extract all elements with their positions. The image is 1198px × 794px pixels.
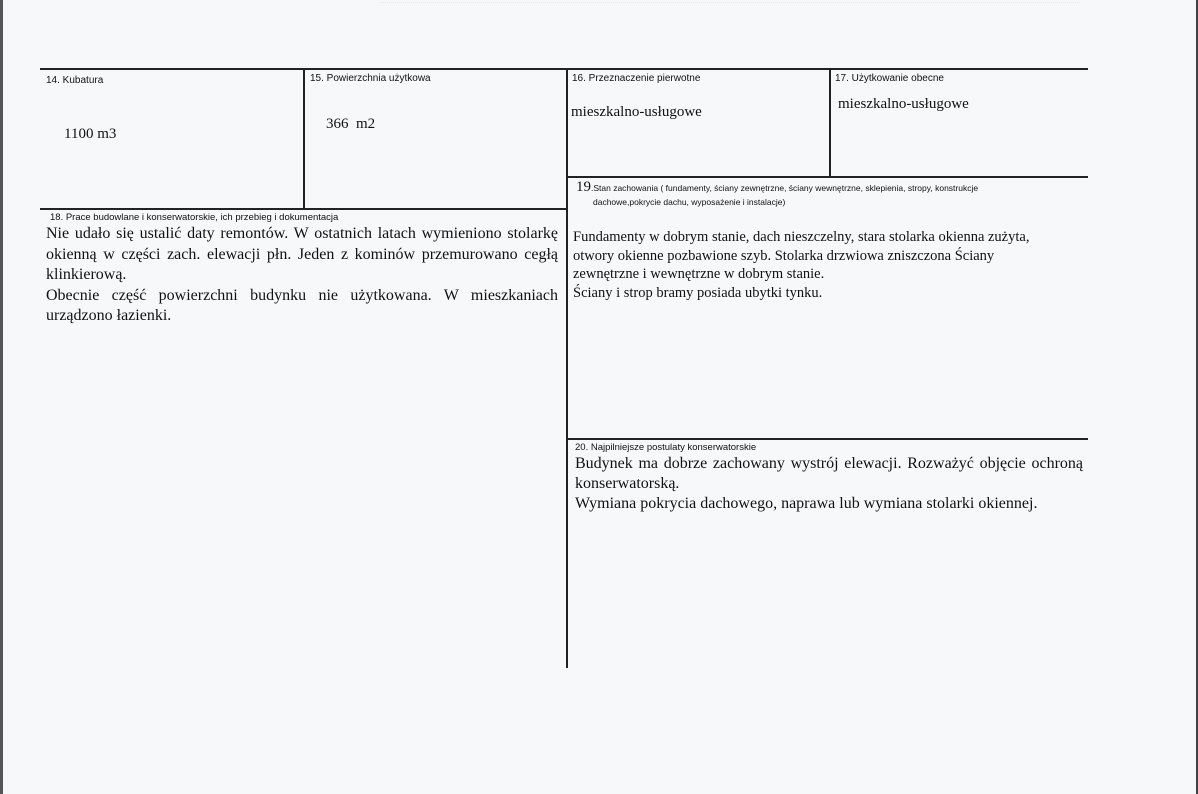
postulaty-text: Budynek ma dobrze zachowany wystrój elew… <box>575 454 1083 514</box>
table-top-border <box>40 68 1088 70</box>
border-above-20 <box>566 438 1088 440</box>
kubatura-label: 14. Kubatura <box>46 75 103 86</box>
stan-zachowania-text: Fundamenty w dobrym stanie, dach nieszcz… <box>573 228 1083 302</box>
stan-zachowania-label: 19.Stan zachowania ( fundamenty, ściany … <box>576 180 1076 209</box>
uzytkowanie-label: 17. Użytkowanie obecne <box>835 73 944 84</box>
border-above-18 <box>40 208 568 210</box>
divider-15-16 <box>566 68 568 668</box>
uzytkowanie-value: mieszkalno-usługowe <box>838 96 969 113</box>
postulaty-paragraph-1: Budynek ma dobrze zachowany wystrój elew… <box>575 454 1083 494</box>
stan-line-2: otwory okienne pozbawione szyb. Stolarka… <box>573 247 1083 266</box>
prace-budowlane-text: Nie udało się ustalić daty remontów. W o… <box>46 224 558 327</box>
scan-edge-left <box>0 0 3 794</box>
stan-line-4: Ściany i strop bramy posiada ubytki tynk… <box>573 284 1083 303</box>
prace-paragraph-1: Nie udało się ustalić daty remontów. W o… <box>46 224 558 286</box>
bleed-through-text <box>380 2 1080 53</box>
postulaty-paragraph-2: Wymiana pokrycia dachowego, naprawa lub … <box>575 494 1083 514</box>
kubatura-value: 1100 m3 <box>64 126 116 143</box>
prace-paragraph-2: Obecnie część powierzchni budynku nie uż… <box>46 286 558 327</box>
divider-16-17 <box>829 68 831 177</box>
border-above-19 <box>566 176 1088 178</box>
divider-14-15 <box>303 68 305 209</box>
postulaty-label: 20. Najpilniejsze postulaty konserwators… <box>575 442 756 453</box>
przeznaczenie-value: mieszkalno-usługowe <box>571 104 702 121</box>
stan-zachowania-number: 19 <box>576 179 591 195</box>
przeznaczenie-label: 16. Przeznaczenie pierwotne <box>572 73 700 84</box>
stan-line-1: Fundamenty w dobrym stanie, dach nieszcz… <box>573 228 1083 247</box>
powierzchnia-label: 15. Powierzchnia użytkowa <box>310 73 431 84</box>
prace-budowlane-label: 18. Prace budowlane i konserwatorskie, i… <box>50 212 338 223</box>
powierzchnia-value: 366 m2 <box>326 116 375 133</box>
stan-line-3: zewnętrzne i wewnętrzne w dobrym stanie. <box>573 265 1083 284</box>
